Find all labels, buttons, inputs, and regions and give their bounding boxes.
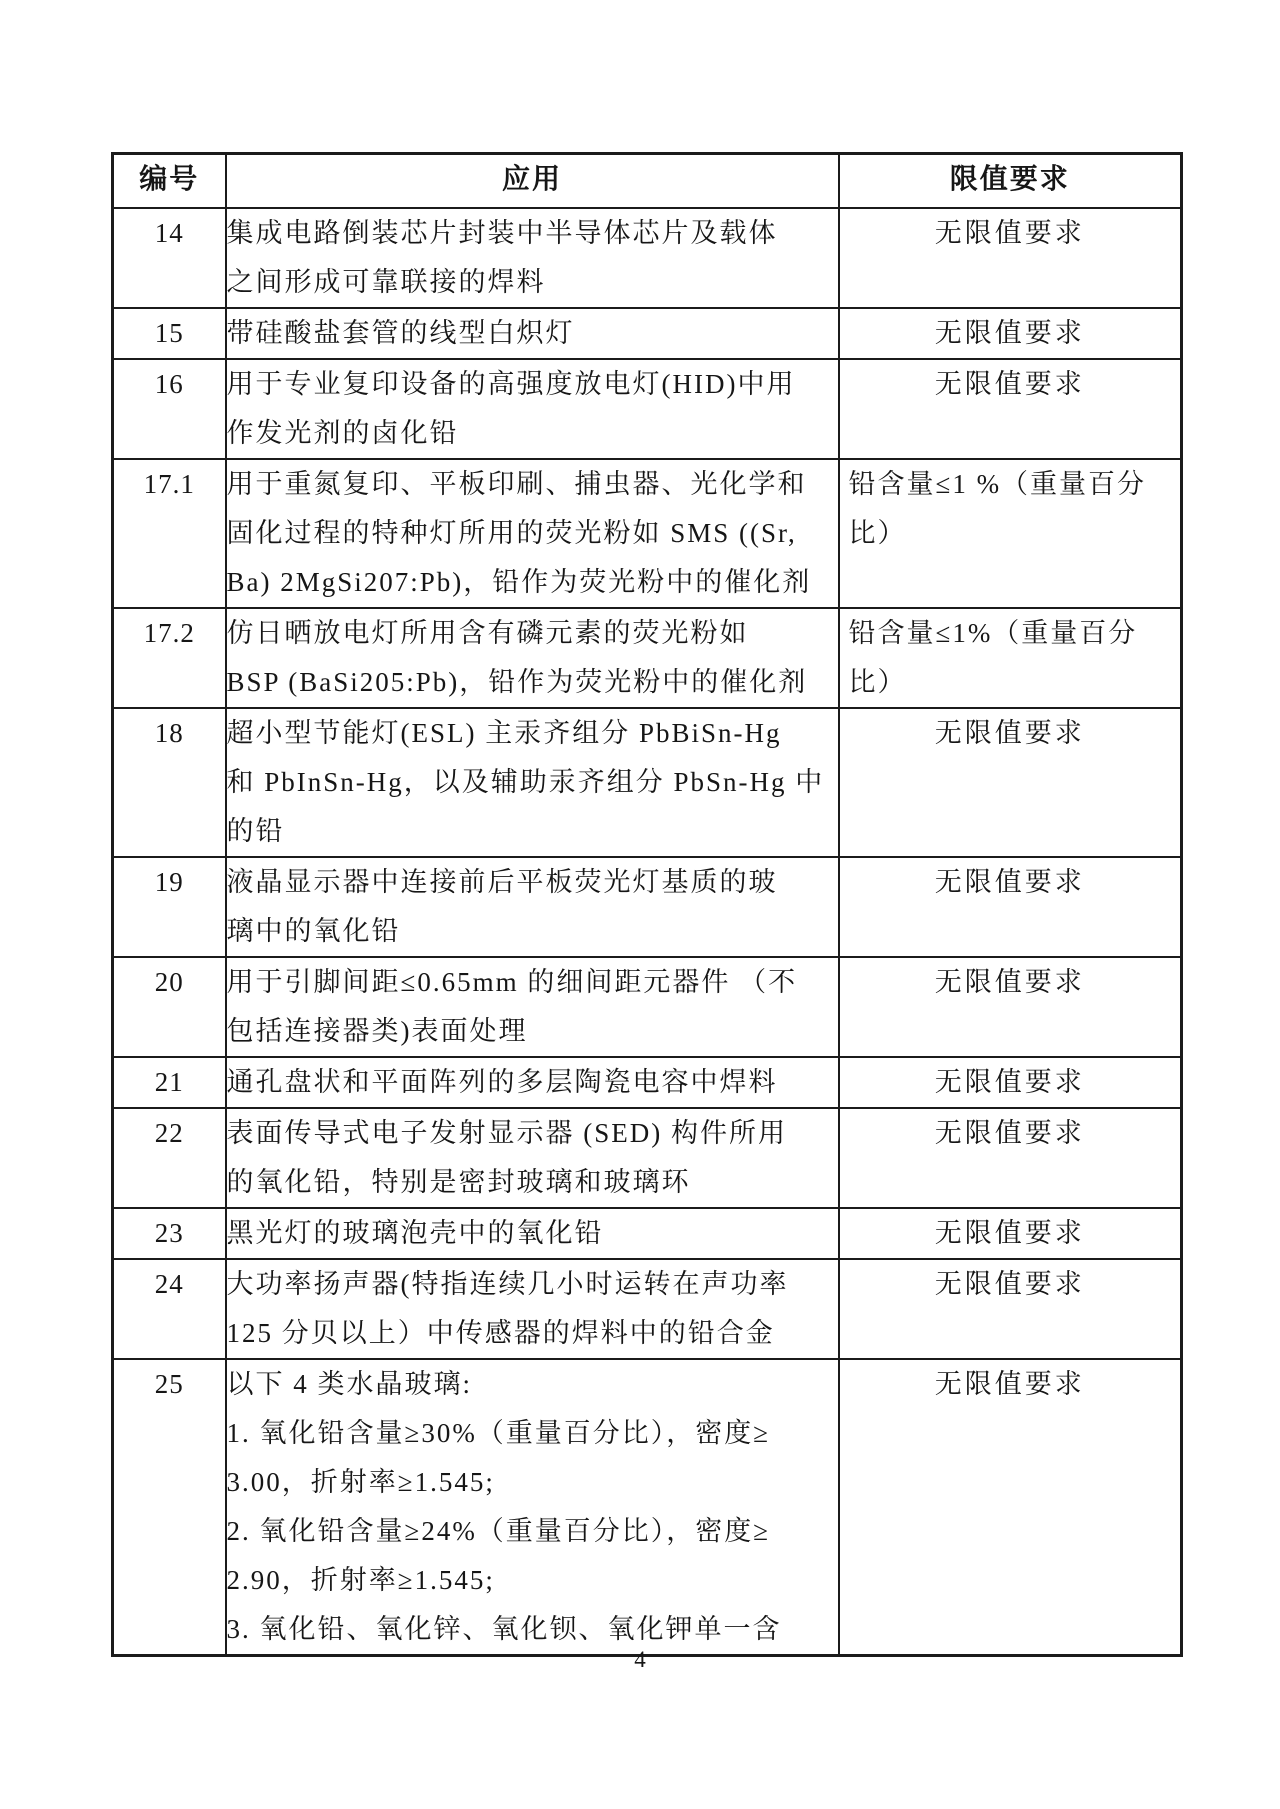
limit-text-line: 无限值要求 [840, 1058, 1181, 1107]
limit-cell: 无限值要求 [839, 708, 1182, 857]
row-id-cell: 18 [113, 708, 226, 857]
application-text-line: Ba) 2MgSi207:Pb)，铅作为荧光粉中的催化剂 [227, 558, 838, 607]
row-id-cell: 21 [113, 1057, 226, 1108]
table-row: 14 集成电路倒装芯片封装中半导体芯片及载体之间形成可靠联接的焊料 无限值要求 [113, 208, 1182, 308]
row-id-cell: 24 [113, 1259, 226, 1359]
row-id-cell: 15 [113, 308, 226, 359]
limit-text-line: 无限值要求 [840, 709, 1181, 758]
application-cell: 液晶显示器中连接前后平板荧光灯基质的玻璃中的氧化铅 [226, 857, 839, 957]
limit-cell: 无限值要求 [839, 1208, 1182, 1259]
application-text-line: 3.00，折射率≥1.545; [227, 1458, 838, 1507]
limit-text-line: 比） [849, 658, 1175, 707]
table-row: 16 用于专业复印设备的高强度放电灯(HID)中用作发光剂的卤化铅 无限值要求 [113, 359, 1182, 459]
application-text-line: 集成电路倒装芯片封装中半导体芯片及载体 [227, 209, 838, 258]
limit-text-line: 无限值要求 [840, 309, 1181, 358]
header-id: 编号 [113, 154, 226, 209]
table-row: 22 表面传导式电子发射显示器 (SED) 构件所用的氧化铅，特别是密封玻璃和玻… [113, 1108, 1182, 1208]
table-row: 24 大功率扬声器(特指连续几小时运转在声功率125 分贝以上）中传感器的焊料中… [113, 1259, 1182, 1359]
row-id-cell: 22 [113, 1108, 226, 1208]
application-text-line: 固化过程的特种灯所用的荧光粉如 SMS ((Sr, [227, 509, 838, 558]
limit-text-line: 无限值要求 [840, 858, 1181, 907]
application-text-line: 和 PbInSn-Hg，以及辅助汞齐组分 PbSn-Hg 中 [227, 758, 838, 807]
limit-text-line: 无限值要求 [840, 958, 1181, 1007]
limit-text-line: 铅含量≤1%（重量百分 [849, 609, 1175, 658]
application-text-line: 用于引脚间距≤0.65mm 的细间距元器件 （不 [227, 958, 838, 1007]
table-row: 18 超小型节能灯(ESL) 主汞齐组分 PbBiSn-Hg和 PbInSn-H… [113, 708, 1182, 857]
row-id-cell: 20 [113, 957, 226, 1057]
limit-cell: 无限值要求 [839, 1359, 1182, 1656]
limit-cell: 无限值要求 [839, 957, 1182, 1057]
limit-cell: 无限值要求 [839, 1108, 1182, 1208]
application-cell: 用于引脚间距≤0.65mm 的细间距元器件 （不包括连接器类)表面处理 [226, 957, 839, 1057]
limit-cell: 无限值要求 [839, 308, 1182, 359]
application-text-line: 的氧化铅，特别是密封玻璃和玻璃环 [227, 1158, 838, 1207]
application-text-line: 包括连接器类)表面处理 [227, 1007, 838, 1056]
limit-cell: 铅含量≤1 %（重量百分比） [839, 459, 1182, 608]
row-id-cell: 14 [113, 208, 226, 308]
application-text-line: 用于专业复印设备的高强度放电灯(HID)中用 [227, 360, 838, 409]
limit-cell: 无限值要求 [839, 1259, 1182, 1359]
application-text-line: 1. 氧化铅含量≥30%（重量百分比），密度≥ [227, 1409, 838, 1458]
limit-cell: 无限值要求 [839, 1057, 1182, 1108]
application-cell: 用于重氮复印、平板印刷、捕虫器、光化学和固化过程的特种灯所用的荧光粉如 SMS … [226, 459, 839, 608]
application-text-line: 黑光灯的玻璃泡壳中的氧化铅 [227, 1209, 838, 1258]
application-cell: 带硅酸盐套管的线型白炽灯 [226, 308, 839, 359]
application-cell: 大功率扬声器(特指连续几小时运转在声功率125 分贝以上）中传感器的焊料中的铅合… [226, 1259, 839, 1359]
limit-cell: 无限值要求 [839, 208, 1182, 308]
limit-cell: 无限值要求 [839, 857, 1182, 957]
application-text-line: 通孔盘状和平面阵列的多层陶瓷电容中焊料 [227, 1058, 838, 1107]
application-text-line: 超小型节能灯(ESL) 主汞齐组分 PbBiSn-Hg [227, 709, 838, 758]
row-id-cell: 23 [113, 1208, 226, 1259]
application-cell: 以下 4 类水晶玻璃:1. 氧化铅含量≥30%（重量百分比），密度≥3.00，折… [226, 1359, 839, 1656]
page-number: 4 [0, 1645, 1280, 1675]
table-row: 21 通孔盘状和平面阵列的多层陶瓷电容中焊料 无限值要求 [113, 1057, 1182, 1108]
row-id-cell: 19 [113, 857, 226, 957]
application-cell: 表面传导式电子发射显示器 (SED) 构件所用的氧化铅，特别是密封玻璃和玻璃环 [226, 1108, 839, 1208]
header-application: 应用 [226, 154, 839, 209]
limit-text-line: 无限值要求 [840, 1360, 1181, 1409]
limit-cell: 铅含量≤1%（重量百分比） [839, 608, 1182, 708]
limit-text-line: 无限值要求 [840, 1260, 1181, 1309]
application-text-line: 的铅 [227, 807, 838, 856]
row-id-cell: 17.2 [113, 608, 226, 708]
limit-text-line: 铅含量≤1 %（重量百分 [849, 460, 1175, 509]
table-header-row: 编号 应用 限值要求 [113, 154, 1182, 209]
application-cell: 用于专业复印设备的高强度放电灯(HID)中用作发光剂的卤化铅 [226, 359, 839, 459]
application-text-line: 125 分贝以上）中传感器的焊料中的铅合金 [227, 1309, 838, 1358]
limit-cell: 无限值要求 [839, 359, 1182, 459]
application-cell: 通孔盘状和平面阵列的多层陶瓷电容中焊料 [226, 1057, 839, 1108]
limit-text-line: 无限值要求 [840, 1209, 1181, 1258]
table-row: 17.2 仿日晒放电灯所用含有磷元素的荧光粉如BSP (BaSi205:Pb)，… [113, 608, 1182, 708]
application-text-line: 之间形成可靠联接的焊料 [227, 258, 838, 307]
application-text-line: 带硅酸盐套管的线型白炽灯 [227, 309, 838, 358]
header-limit: 限值要求 [839, 154, 1182, 209]
application-cell: 黑光灯的玻璃泡壳中的氧化铅 [226, 1208, 839, 1259]
table-row: 25 以下 4 类水晶玻璃:1. 氧化铅含量≥30%（重量百分比），密度≥3.0… [113, 1359, 1182, 1656]
row-id-cell: 16 [113, 359, 226, 459]
application-cell: 仿日晒放电灯所用含有磷元素的荧光粉如BSP (BaSi205:Pb)，铅作为荧光… [226, 608, 839, 708]
application-text-line: 液晶显示器中连接前后平板荧光灯基质的玻 [227, 858, 838, 907]
application-text-line: 璃中的氧化铅 [227, 907, 838, 956]
table-body: 14 集成电路倒装芯片封装中半导体芯片及载体之间形成可靠联接的焊料 无限值要求 … [113, 208, 1182, 1656]
exemption-table: 编号 应用 限值要求 14 集成电路倒装芯片封装中半导体芯片及载体之间形成可靠联… [111, 152, 1183, 1657]
row-id-cell: 17.1 [113, 459, 226, 608]
application-cell: 集成电路倒装芯片封装中半导体芯片及载体之间形成可靠联接的焊料 [226, 208, 839, 308]
table-row: 19 液晶显示器中连接前后平板荧光灯基质的玻璃中的氧化铅 无限值要求 [113, 857, 1182, 957]
application-text-line: 2. 氧化铅含量≥24%（重量百分比），密度≥ [227, 1507, 838, 1556]
application-text-line: 大功率扬声器(特指连续几小时运转在声功率 [227, 1260, 838, 1309]
application-text-line: 2.90，折射率≥1.545; [227, 1556, 838, 1605]
application-text-line: 仿日晒放电灯所用含有磷元素的荧光粉如 [227, 609, 838, 658]
application-text-line: BSP (BaSi205:Pb)，铅作为荧光粉中的催化剂 [227, 658, 838, 707]
table-row: 15 带硅酸盐套管的线型白炽灯 无限值要求 [113, 308, 1182, 359]
application-text-line: 作发光剂的卤化铅 [227, 409, 838, 458]
application-text-line: 以下 4 类水晶玻璃: [227, 1360, 838, 1409]
row-id-cell: 25 [113, 1359, 226, 1656]
limit-text-line: 比） [849, 509, 1175, 558]
application-cell: 超小型节能灯(ESL) 主汞齐组分 PbBiSn-Hg和 PbInSn-Hg，以… [226, 708, 839, 857]
application-text-line: 用于重氮复印、平板印刷、捕虫器、光化学和 [227, 460, 838, 509]
limit-text-line: 无限值要求 [840, 360, 1181, 409]
limit-text-line: 无限值要求 [840, 1109, 1181, 1158]
application-text-line: 表面传导式电子发射显示器 (SED) 构件所用 [227, 1109, 838, 1158]
table-row: 17.1 用于重氮复印、平板印刷、捕虫器、光化学和固化过程的特种灯所用的荧光粉如… [113, 459, 1182, 608]
document-page: 编号 应用 限值要求 14 集成电路倒装芯片封装中半导体芯片及载体之间形成可靠联… [0, 0, 1280, 1809]
table-row: 20 用于引脚间距≤0.65mm 的细间距元器件 （不包括连接器类)表面处理 无… [113, 957, 1182, 1057]
limit-text-line: 无限值要求 [840, 209, 1181, 258]
table-row: 23 黑光灯的玻璃泡壳中的氧化铅 无限值要求 [113, 1208, 1182, 1259]
